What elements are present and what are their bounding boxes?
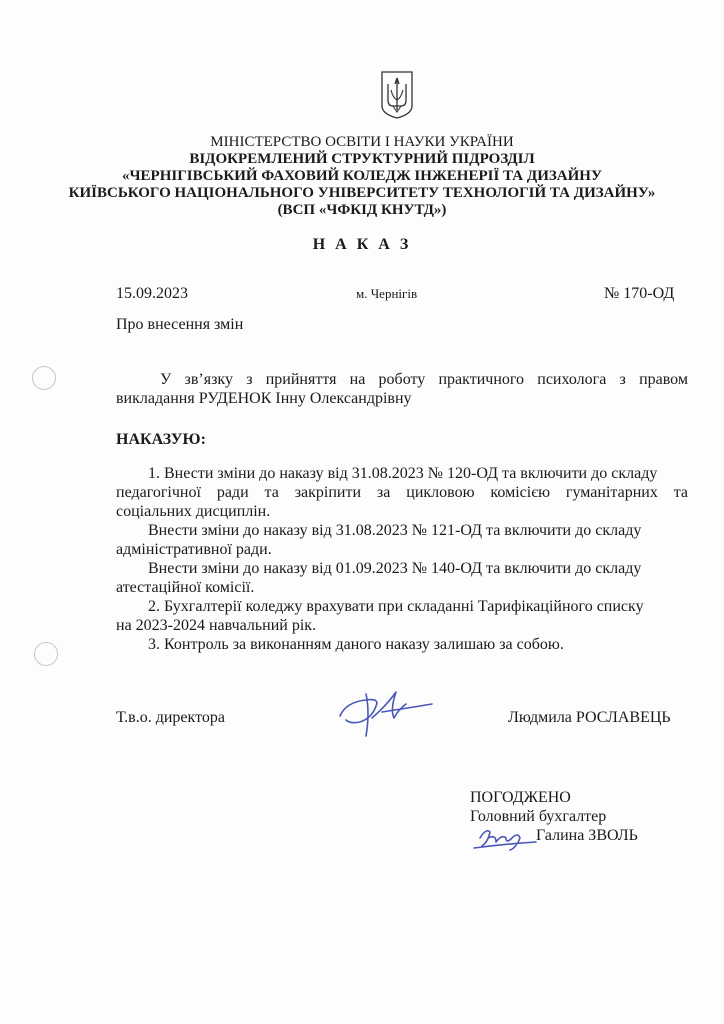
item-3-line-1: 3. Контроль за виконанням даного наказу … (116, 635, 688, 654)
ministry-name: МІНІСТЕРСТВО ОСВІТИ І НАУКИ УКРАЇНИ (0, 134, 724, 151)
order-heading: НАКАЗУЮ: (116, 430, 206, 449)
order-subject: Про внесення змін (116, 315, 243, 334)
accountant-signature (470, 824, 540, 857)
trident-coat-of-arms-icon (380, 70, 414, 120)
item-1c-line-2: атестаційної комісії. (116, 578, 688, 597)
signatory-name: Людмила РОСЛАВЕЦЬ (508, 708, 671, 727)
item-1-line-1: 1. Внести зміни до наказу від 31.08.2023… (116, 464, 688, 483)
item-2-line-1: 2. Бухгалтерії коледжу врахувати при скл… (116, 597, 688, 616)
order-items: 1. Внести зміни до наказу від 31.08.2023… (116, 464, 688, 654)
preamble-line-1: У зв’язку з прийняття на роботу практичн… (116, 370, 688, 389)
item-1-line-2: педагогічної ради та закріпити за циклов… (116, 483, 688, 502)
item-1c-line-1: Внести зміни до наказу від 01.09.2023 № … (116, 559, 688, 578)
org-name-line-3: КИЇВСЬКОГО НАЦІОНАЛЬНОГО УНІВЕРСИТЕТУ ТЕ… (0, 185, 724, 202)
punch-hole-top (32, 366, 56, 390)
item-1-line-3: соціальних дисциплін. (116, 502, 688, 521)
preamble-line-2: викладання РУДЕНОК Інну Олександрівну (116, 389, 688, 408)
item-1b-line-2: адміністративної ради. (116, 540, 688, 559)
item-2-line-2: на 2023-2024 навчальний рік. (116, 616, 688, 635)
order-city: м. Чернігів (356, 286, 417, 302)
item-1b-line-1: Внести зміни до наказу від 31.08.2023 № … (116, 521, 688, 540)
approval-label: ПОГОДЖЕНО (470, 788, 571, 807)
approval-name: Галина ЗВОЛЬ (536, 826, 638, 845)
org-name-line-2: «ЧЕРНІГІВСЬКИЙ ФАХОВИЙ КОЛЕДЖ ІНЖЕНЕРІЇ … (0, 168, 724, 185)
punch-hole-bottom (34, 642, 58, 666)
signatory-position: Т.в.о. директора (116, 708, 225, 727)
document-type-title: Н А К А З (0, 236, 724, 254)
org-name-abbr: (ВСП «ЧФКІД КНУТД») (0, 202, 724, 219)
order-number: № 170-ОД (604, 284, 674, 303)
director-signature (336, 682, 436, 747)
order-date: 15.09.2023 (116, 284, 188, 303)
org-name-line-1: ВІДОКРЕМЛЕНИЙ СТРУКТУРНИЙ ПІДРОЗДІЛ (0, 151, 724, 168)
